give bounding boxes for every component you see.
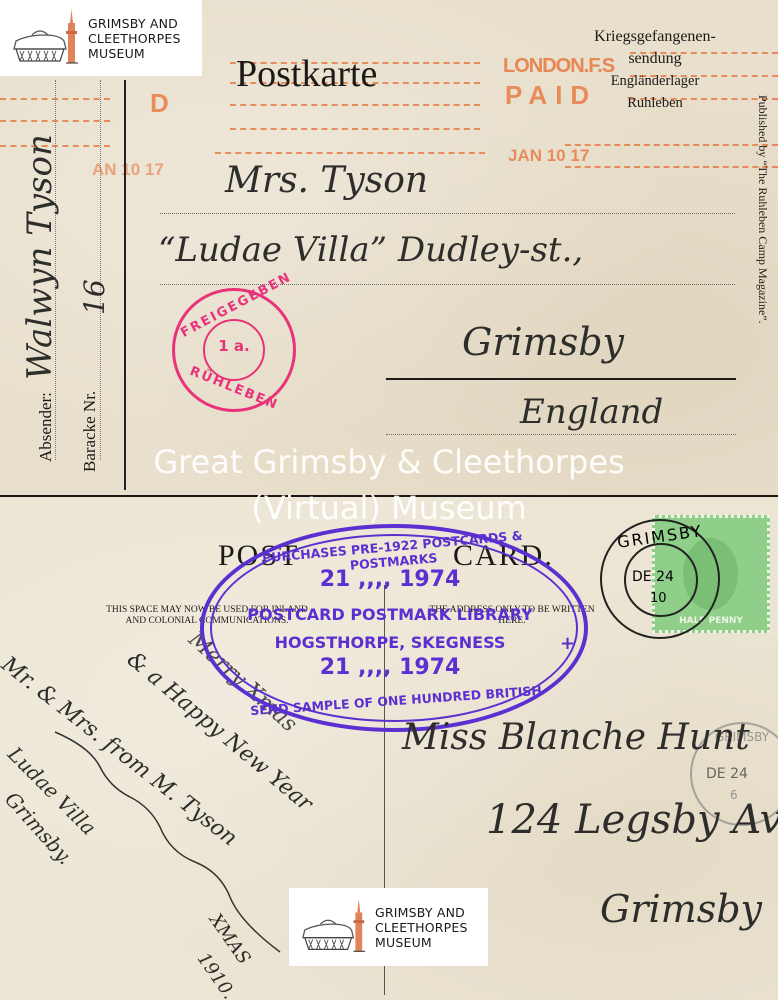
museum-logo[interactable]: GRIMSBY AND CLEETHORPES MUSEUM [289,888,488,966]
header-line: Kriegsgefangenen- [560,26,750,48]
postmark-year: 10 [650,591,667,606]
cancel-wave-line [565,166,778,168]
address-line [160,284,735,285]
address-town: Grimsby [600,887,762,931]
dealer-stamp-line1: POSTCARD POSTMARK LIBRARY [210,605,570,624]
address-town: Grimsby [462,320,624,364]
cancel-wave-line [215,152,485,154]
sender-column-divider [124,80,126,490]
cancel-wave-line [230,104,480,106]
machine-cancel-date: JAN 10 17 [508,146,589,166]
museum-building-tower-icon [10,7,82,69]
address-street: “Ludae Villa” Dudley-st., [158,230,583,270]
logo-text: GRIMSBY AND CLEETHORPES MUSEUM [375,905,468,950]
cancel-wave-line [230,128,480,130]
header-line: Ruhleben [560,92,750,114]
barracks-number-handwritten: 16 [78,279,111,315]
watermark-line1: Great Grimsby & Cleethorpes [0,440,778,484]
logo-text: GRIMSBY AND CLEETHORPES MUSEUM [88,16,181,61]
addressee-name: Mrs. Tyson [225,160,428,201]
postcard-back: POST CARD. THIS SPACE MAY NOW BE USED FO… [0,497,778,1000]
museum-logo[interactable]: GRIMSBY AND CLEETHORPES MUSEUM [0,0,202,76]
postmark-date: DE 24 [632,569,674,585]
publisher-note: Published by “The Ruhleben Camp Magazine… [755,95,770,324]
barracks-dotted-line [100,80,101,460]
postmark-date: DE 24 [706,766,748,782]
machine-cancel-date-left: AN 10 17 [92,160,164,180]
header-line: sendung [560,48,750,70]
dealer-stamp-date-bottom: 21 ,,,, 1974 [260,655,520,680]
dealer-stamp-plus: + [560,633,575,654]
museum-building-tower-icon [299,896,369,958]
card-title: Postkarte [236,52,377,96]
postcard-front: LONDON.F.S PAID JAN 10 17 AN 10 17 D Abs… [0,0,778,496]
wavy-underline [50,727,290,957]
censor-center: 1 a. [175,337,293,355]
machine-cancel-mark: D [150,88,169,119]
addressee-name: Miss Blanche Hunt [402,717,750,758]
address-line [386,434,736,435]
censor-stamp: FREIGEGEBEN RÜHLEBEN 1 a. [172,288,296,412]
watermark-line2: (Virtual) Museum [0,486,778,530]
address-line [160,213,735,214]
address-country: England [520,392,663,432]
cancel-wave-line [565,144,778,146]
address-line-solid [386,378,736,380]
header-line: Engländerlager [560,70,750,92]
dealer-stamp-line2: HOGSTHORPE, SKEGNESS [210,633,570,652]
address-street: 124 Legsby Ave [486,797,778,843]
header-block: Kriegsgefangenen- sendung Engländerlager… [560,26,750,114]
dealer-stamp-date-top: 21 ,,,, 1974 [260,567,520,592]
postmark-main: GRIMSBY DE 24 10 [600,519,720,639]
sender-name-handwritten: Walwyn Tyson [20,134,60,380]
